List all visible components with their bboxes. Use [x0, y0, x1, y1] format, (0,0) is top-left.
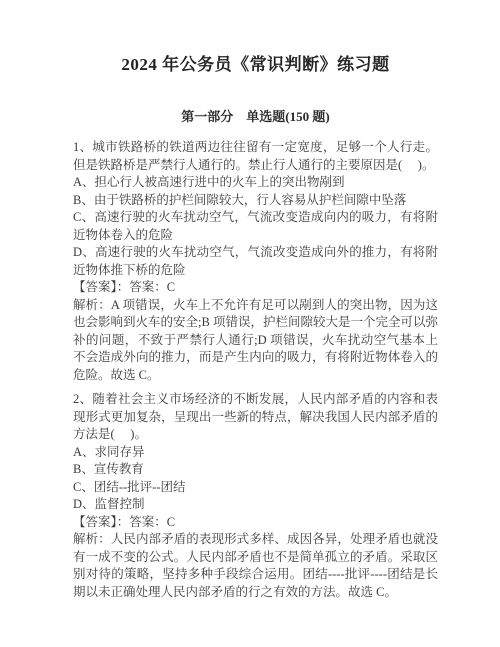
document-page: 2024 年公务员《常识判断》练习题 第一部分 单选题(150 题) 1、城市铁… [0, 0, 500, 647]
question-option-a: A、求同存异 [73, 444, 438, 462]
document-title: 2024 年公务员《常识判断》练习题 [73, 54, 438, 76]
question-option-b: B、由于铁路桥的护栏间隙较大，行人容易从护栏间隙中坠落 [73, 192, 438, 210]
answer-line: 【答案】：答案：C [73, 514, 438, 532]
question-option-b: B、宣传教育 [73, 461, 438, 479]
question-block-1: 1、城市铁路桥的铁道两边往往留有一定宽度，足够一个人行走。但是铁路桥是严禁行人通… [73, 139, 438, 384]
question-option-d: D、高速行驶的火车扰动空气，气流改变造成向外的推力，有将附近物体推下桥的危险 [73, 244, 438, 279]
question-option-a: A、担心行人被高速行进中的火车上的突出物剐到 [73, 174, 438, 192]
question-option-c: C、团结--批评--团结 [73, 479, 438, 497]
analysis-text: 解析：A 项错误，火车上不允许有足可以剐到人的突出物，因为这也会影响到火车的安全… [73, 297, 438, 385]
question-stem: 2、随着社会主义市场经济的不断发展，人民内部矛盾的内容和表现形式更加复杂，呈现出… [73, 391, 438, 444]
question-block-2: 2、随着社会主义市场经济的不断发展，人民内部矛盾的内容和表现形式更加复杂，呈现出… [73, 391, 438, 601]
question-option-c: C、高速行驶的火车扰动空气，气流改变造成向内的吸力，有将附近物体卷入的危险 [73, 209, 438, 244]
section-heading: 第一部分 单选题(150 题) [73, 109, 438, 125]
document-content: 2024 年公务员《常识判断》练习题 第一部分 单选题(150 题) 1、城市铁… [73, 0, 438, 608]
question-stem: 1、城市铁路桥的铁道两边往往留有一定宽度，足够一个人行走。但是铁路桥是严禁行人通… [73, 139, 438, 174]
answer-line: 【答案】：答案：C [73, 279, 438, 297]
analysis-text: 解析：人民内部矛盾的表现形式多样、成因各异，处理矛盾也就没有一成不变的公式。人民… [73, 531, 438, 601]
question-option-d: D、监督控制 [73, 496, 438, 514]
